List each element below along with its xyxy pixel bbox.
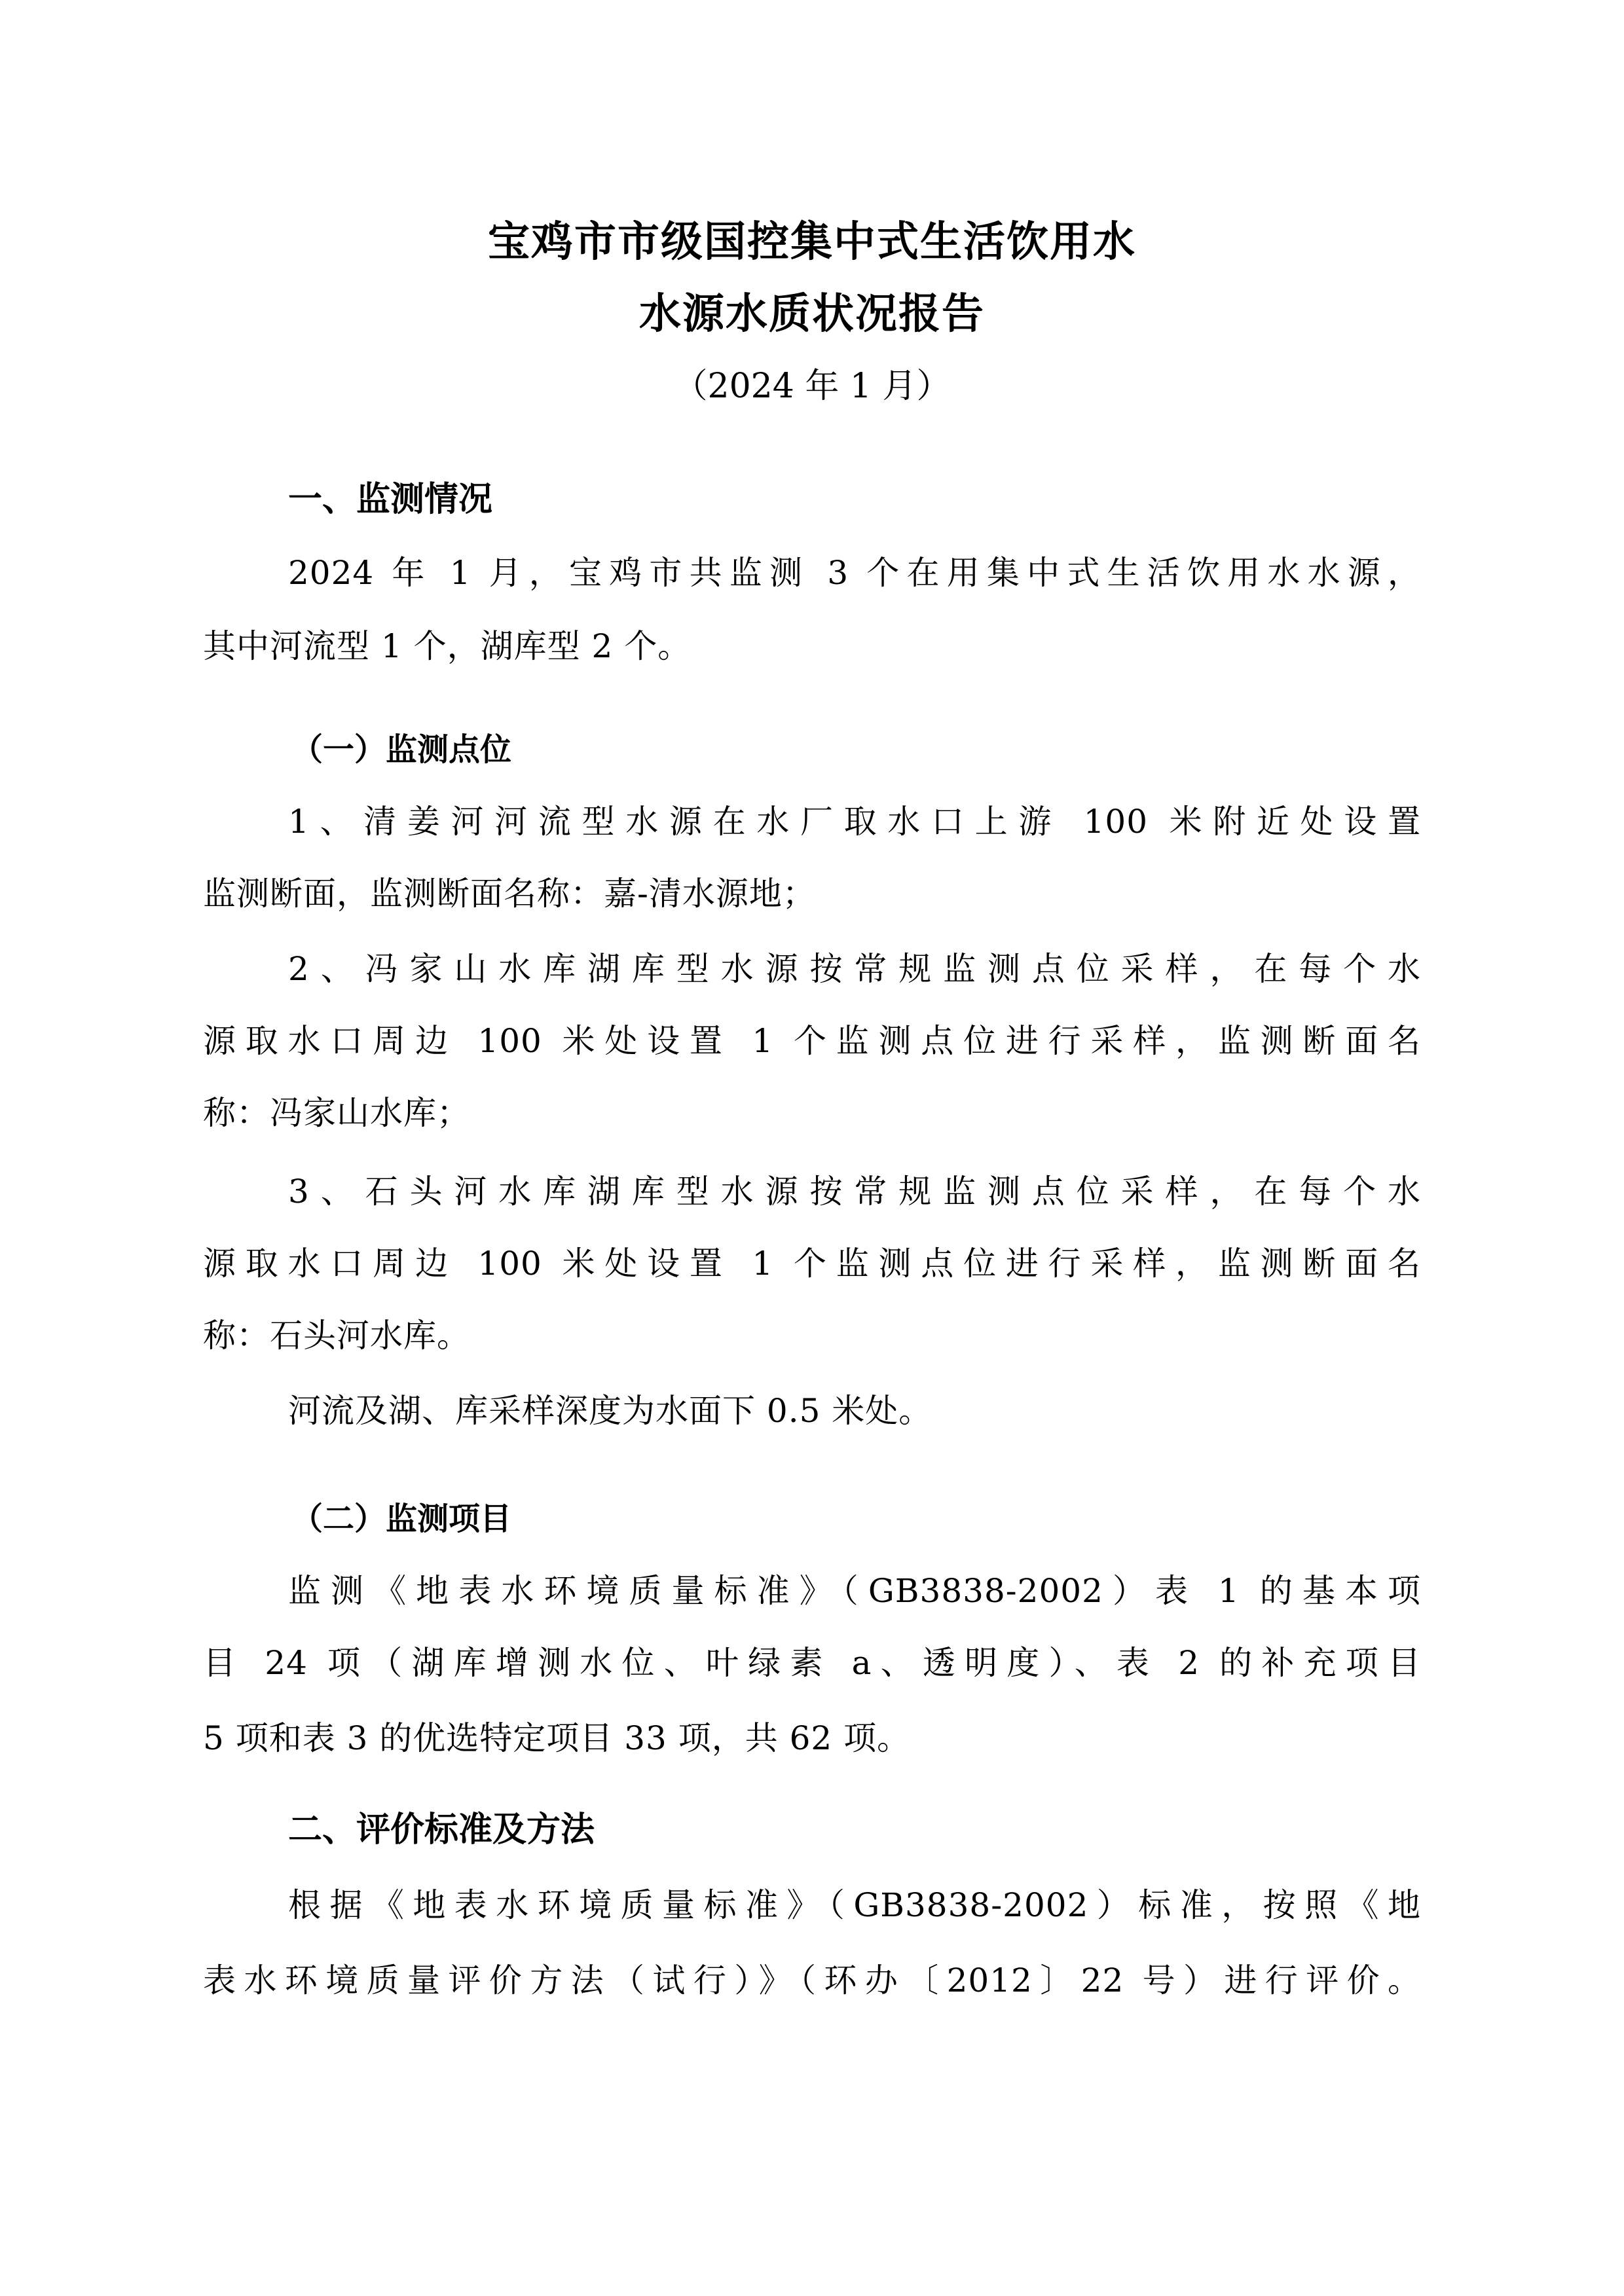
- section1-heading: 一、监测情况: [288, 477, 492, 522]
- item2-line2: 源取水口周边 100 米处设置 1 个监测点位进行采样，监测断面名: [203, 1018, 1421, 1064]
- item1-line1: 1、清姜河河流型水源在水厂取水口上游 100 米附近处设置: [288, 799, 1421, 845]
- item2-line1: 2、冯家山水库湖库型水源按常规监测点位采样，在每个水: [288, 946, 1421, 992]
- depth-note: 河流及湖、库采样深度为水面下 0.5 米处。: [288, 1388, 1421, 1434]
- items-line1: 监测《地表水环境质量标准》（GB3838-2002）表 1 的基本项: [288, 1568, 1421, 1614]
- section2-heading: 二、评价标准及方法: [288, 1807, 595, 1853]
- document-title-line1: 宝鸡市市级国控集中式生活饮用水: [0, 216, 1624, 268]
- document-page: 宝鸡市市级国控集中式生活饮用水 水源水质状况报告 （2024 年 1 月） 一、…: [0, 0, 1624, 2296]
- item3-line1: 3、石头河水库湖库型水源按常规监测点位采样，在每个水: [288, 1169, 1421, 1214]
- document-title-line2: 水源水质状况报告: [0, 288, 1624, 340]
- subsection1-heading: （一）监测点位: [291, 727, 511, 773]
- item1-line2: 监测断面，监测断面名称：嘉-清水源地；: [203, 871, 1421, 917]
- items-line2: 目 24 项（湖库增测水位、叶绿素 a、透明度）、表 2 的补充项目: [203, 1640, 1421, 1686]
- item3-line2: 源取水口周边 100 米处设置 1 个监测点位进行采样，监测断面名: [203, 1241, 1421, 1286]
- item2-line3: 称：冯家山水库；: [203, 1090, 1421, 1136]
- document-date: （2024 年 1 月）: [0, 363, 1624, 409]
- items-line3: 5 项和表 3 的优选特定项目 33 项，共 62 项。: [203, 1715, 1421, 1761]
- section1-intro-line1: 2024 年 1 月，宝鸡市共监测 3 个在用集中式生活饮用水水源，: [288, 550, 1421, 596]
- item3-line3: 称：石头河水库。: [203, 1313, 1421, 1358]
- method-line2: 表水环境质量评价方法（试行）》（环办〔2012〕22 号）进行评价。: [203, 1958, 1421, 2003]
- section1-intro-line2: 其中河流型 1 个，湖库型 2 个。: [203, 623, 1421, 669]
- method-line1: 根据《地表水环境质量标准》（GB3838-2002）标准，按照《地: [288, 1882, 1421, 1928]
- subsection2-heading: （二）监测项目: [291, 1496, 511, 1542]
